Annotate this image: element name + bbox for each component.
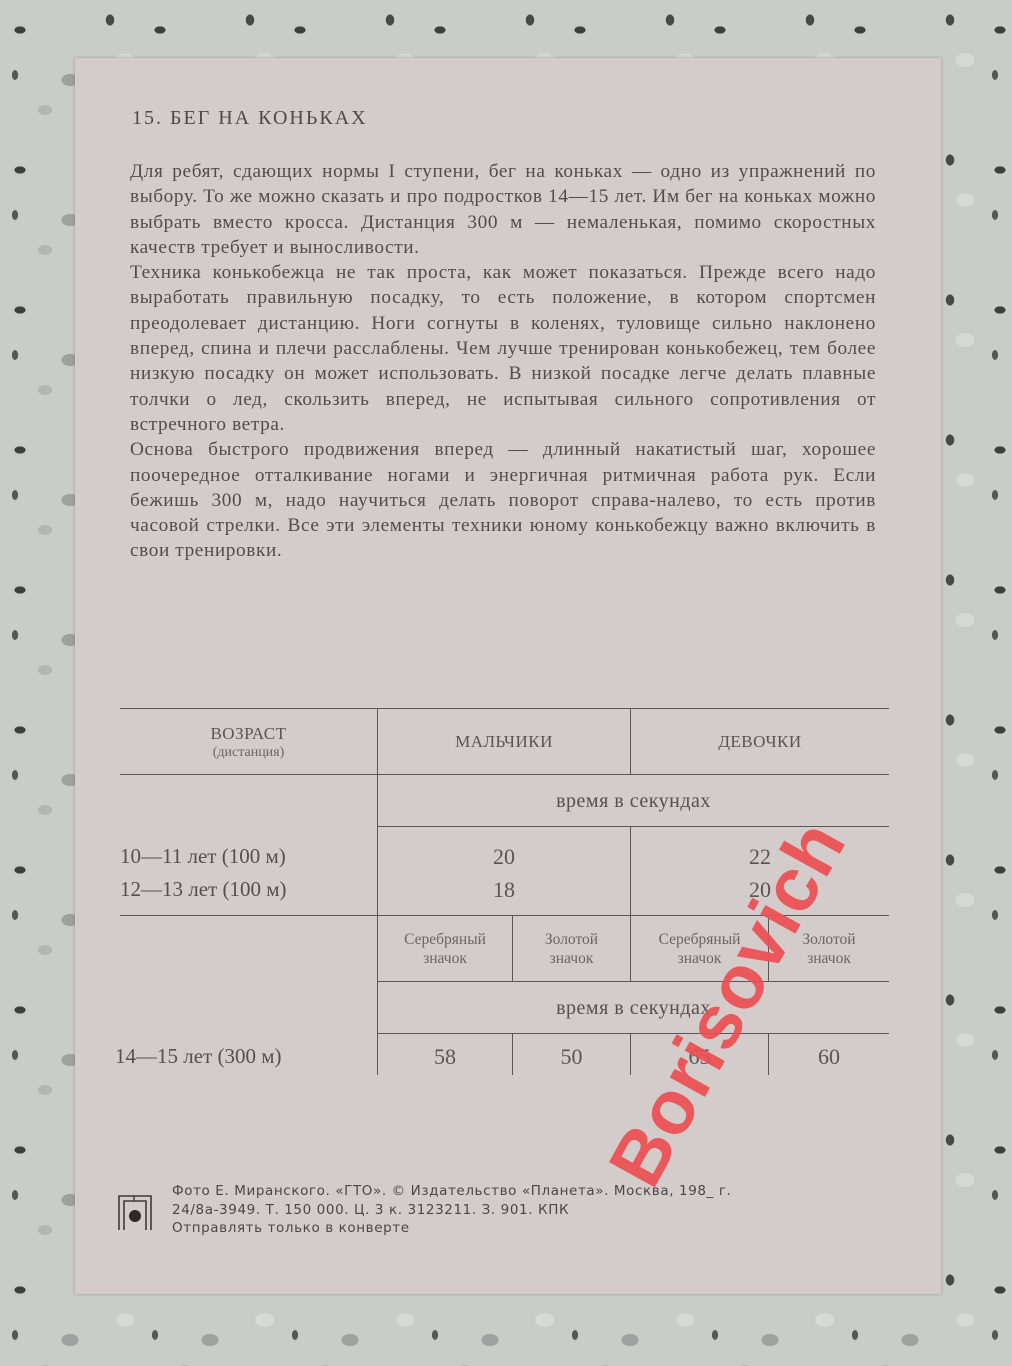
value-girls-gold: 60	[769, 1035, 889, 1077]
value-boys-silver: 58	[378, 1035, 512, 1077]
badge-boys-gold: Золотой значок	[513, 917, 630, 981]
boys-value-1: 20	[493, 840, 515, 873]
age-row-1: 10—11 лет (100 м)	[120, 840, 286, 873]
distance-sublabel: (дистанция)	[213, 745, 285, 761]
unit-row2-rule	[377, 1033, 889, 1034]
age-label: ВОЗРАСТ	[210, 724, 286, 744]
age-row-3: 14—15 лет (300 м)	[115, 1040, 282, 1073]
imprint: Фото Е. Миранского. «ГТО». © Издательств…	[172, 1182, 731, 1238]
section1-ages: 10—11 лет (100 м) 12—13 лет (100 м)	[120, 834, 377, 912]
postcard: 15. БЕГ НА КОНЬКАХ Для ребят, сдающих но…	[75, 58, 941, 1294]
unit-label-2: время в секундах	[378, 983, 889, 1033]
value-boys-gold: 50	[513, 1035, 630, 1077]
age-row-2: 12—13 лет (100 м)	[120, 873, 287, 906]
header-boys: МАЛЬЧИКИ	[378, 710, 630, 774]
badge-row-rule	[377, 981, 889, 982]
header-girls: ДЕВОЧКИ	[631, 710, 889, 774]
standards-table: ВОЗРАСТ (дистанция) МАЛЬЧИКИ ДЕВОЧКИ вре…	[75, 58, 941, 1294]
header-age: ВОЗРАСТ (дистанция)	[120, 710, 377, 774]
imprint-line-2: 24/8а-3949. Т. 150 000. Ц. 3 к. 3123211.…	[172, 1201, 731, 1220]
section2-age: 14—15 лет (300 м)	[115, 1035, 377, 1077]
publisher-logo-icon	[118, 1193, 152, 1231]
unit-label-1: время в секундах	[378, 776, 889, 826]
header-bottom-rule	[120, 774, 889, 775]
section1-boys: 20 18	[378, 834, 630, 912]
boys-value-2: 18	[493, 873, 515, 906]
badge-boys-silver: Серебряный значок	[378, 917, 512, 981]
imprint-line-3: Отправлять только в конверте	[172, 1219, 731, 1238]
table-top-rule	[120, 708, 889, 709]
